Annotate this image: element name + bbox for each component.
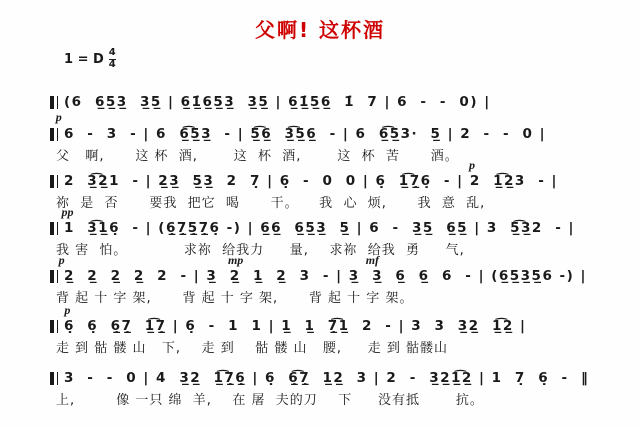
- page-title: 父啊! 这杯酒: [0, 14, 640, 43]
- music-system-6: p 6̣ 6̣ 6̣̲7̣̲ 1̲͡7̣̲ | 6̣ - 1 1 | 1̲ 1̲…: [50, 304, 624, 356]
- music-system-3: p 2 3̲͡2̲1 - | 2̲3̲ 5̲3̲ 2 7̣ | 6̣ - 0 0…: [50, 159, 624, 211]
- dynamic-marking: p: [59, 254, 65, 266]
- time-signature-denominator: 4: [109, 59, 116, 71]
- music-system-7: 3 - - 0 | 4 3̲2̲ 1̲͡7̣̲6̣̲ | 6̣ 6̣̲͡7̣̲ …: [50, 356, 624, 408]
- lyrics-line: 上, 像 一只 绵 羊, 在 屠 夫的刀 下 没有抵 抗。: [50, 393, 484, 408]
- notation-line: (6 6̲5̲3̲ 3̲5̲ | 6̲1̲̇6̲5̲3̲ 3̲5̲ | 6̲1̇…: [64, 93, 491, 111]
- notation-line: 3 - - 0 | 4 3̲2̲ 1̲͡7̣̲6̣̲ | 6̣ 6̣̲͡7̣̲ …: [64, 369, 589, 387]
- dynamic-marking: p: [469, 159, 475, 171]
- notation-line: 6 - 3 - | 6 6̲͡5̲3̲ - | 5̲͡6̲ 3̲͡5̲6̲ - …: [64, 125, 546, 143]
- system-start-barline: [50, 320, 58, 333]
- music-system-2: 6 - 3 - | 6 6̲͡5̲3̲ - | 5̲͡6̲ 3̲͡5̲6̲ - …: [50, 112, 624, 164]
- dynamic-marking: p: [64, 304, 70, 316]
- system-start-barline: [50, 372, 58, 385]
- sheet-music-page: 父啊! 这杯酒 1 = D 4 4 (6 6̲5̲3̲ 3̲5̲ | 6̲1̲̇…: [0, 0, 640, 427]
- key-signature: 1 = D 4 4: [64, 48, 116, 70]
- system-start-barline: [50, 222, 58, 235]
- notation-line: 2 3̲͡2̲1 - | 2̲3̲ 5̲3̲ 2 7̣ | 6̣ - 0 0 |…: [64, 172, 558, 190]
- system-start-barline: [50, 96, 58, 109]
- notation-line: 6̣ 6̣ 6̣̲7̣̲ 1̲͡7̣̲ | 6̣ - 1 1 | 1̲ 1̲ 7…: [64, 317, 526, 335]
- notation-line: 1 3̲͡1̲6̣ - | (6̣̲7̣̲5̣̲7̣̲6̣ -) | 6̲6̲ …: [64, 219, 575, 237]
- lyrics-line: 走 到 骷 髅 山 下, 走 到 骷 髅 山 腰, 走 到 骷髅山: [50, 341, 448, 356]
- system-start-barline: [50, 270, 58, 283]
- time-signature: 4 4: [109, 48, 116, 70]
- key-signature-prefix: 1 = D: [64, 52, 104, 67]
- system-start-barline: [50, 128, 58, 141]
- notation-line: 2̲ 2̲ 2̲ 2̲ 2 - | 3̲ 2̲ 1̲ 2̲ 3 - | 3̲ 3…: [64, 267, 587, 285]
- dynamic-marking: mp: [228, 254, 243, 266]
- time-signature-numerator: 4: [109, 48, 116, 59]
- music-system-4: pp 1 3̲͡1̲6̣ - | (6̣̲7̣̲5̣̲7̣̲6̣ -) | 6̲…: [50, 206, 624, 258]
- dynamic-marking: mf: [366, 254, 379, 266]
- dynamic-marking: pp: [61, 206, 73, 218]
- music-system-5: p mp mf 2̲ 2̲ 2̲ 2̲ 2 - | 3̲ 2̲ 1̲ 2̲ 3 …: [50, 254, 624, 306]
- system-start-barline: [50, 175, 58, 188]
